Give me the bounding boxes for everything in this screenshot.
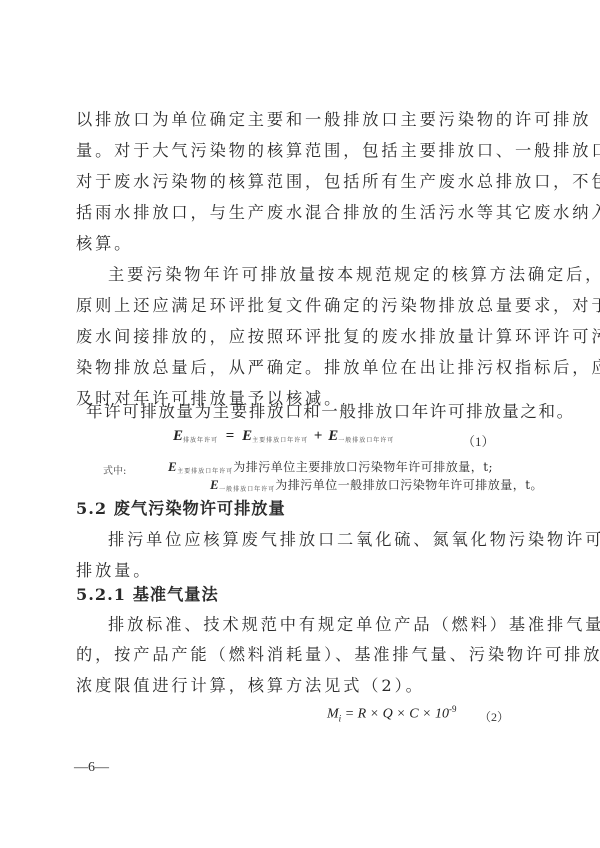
formula-symbol: E	[173, 428, 183, 444]
paragraph-line: 主要污染物年许可排放量按本规范规定的核算方法确定后，	[108, 265, 578, 285]
paragraph-line: 浓度限值进行计算，核算方法见式（2）。	[76, 676, 546, 696]
formula-subscript: i	[339, 713, 342, 723]
formula-subscript: 主要排放口年许可	[177, 468, 233, 475]
paragraph-line: 排放标准、技术规范中有规定单位产品（燃料）基准排气量	[108, 615, 578, 635]
definition-item: E主要排放口年许可为排污单位主要排放口污染物年许可排放量，t;	[168, 458, 493, 475]
paragraph-line: 废水间接排放的，应按照环评批复的废水排放量计算环评许可污	[76, 327, 546, 347]
formula-2: Mi = R × Q × C × 10-9	[327, 704, 456, 723]
paragraph-line: 对于废水污染物的核算范围，包括所有生产废水总排放口，不包	[76, 172, 546, 192]
definition-text: 为排污单位主要排放口污染物年许可排放量，t;	[233, 460, 493, 474]
paragraph-line: 核算。	[76, 234, 546, 254]
formula-symbol: E	[242, 428, 252, 444]
formula-1: E排放年许可 = E主要排放口年许可 + E一般排放口年许可	[173, 428, 394, 445]
paragraph-line: 以排放口为单位确定主要和一般排放口主要污染物的许可排放	[76, 110, 546, 130]
formula-symbol: E	[328, 428, 338, 444]
formula-subscript: 主要排放口年许可	[252, 438, 308, 444]
formula-symbol: M	[327, 707, 339, 722]
definitions-label: 式中:	[103, 462, 126, 477]
paragraph-line: 染物排放总量后，从严确定。排放单位在出让排污权指标后，应	[76, 358, 546, 378]
page-number: —6—	[74, 760, 109, 776]
formula-subscript: 一般排放口年许可	[338, 438, 394, 444]
plus-sign: +	[314, 428, 323, 444]
formula-rhs: = R × Q × C × 10	[345, 707, 449, 722]
definition-text: 为排污单位一般排放口污染物年许可排放量，t。	[275, 478, 543, 492]
equation-number-1: （1）	[462, 431, 495, 450]
section-heading-5-2-1: 5.2.1 基准气量法	[76, 585, 546, 605]
formula-symbol: E	[168, 459, 177, 474]
equation-number-2: （2）	[479, 708, 509, 725]
paragraph-sum-statement: 年许可排放量为主要排放口和一般排放口年许可排放量之和。	[86, 402, 556, 422]
paragraph-line: 括雨水排放口，与生产废水混合排放的生活污水等其它废水纳入	[76, 203, 546, 223]
paragraph-line: 排污单位应核算废气排放口二氧化硫、氮氧化物污染物许可	[108, 530, 578, 550]
paragraph-line: 原则上还应满足环评批复文件确定的污染物排放总量要求，对于	[76, 296, 546, 316]
paragraph-line: 的，按产品产能（燃料消耗量）、基准排气量、污染物许可排放	[76, 645, 546, 665]
equals-sign: =	[226, 428, 235, 444]
section-heading-5-2: 5.2 废气污染物许可排放量	[76, 499, 546, 519]
document-page: 以排放口为单位确定主要和一般排放口主要污染物的许可排放 量。对于大气污染物的核算…	[0, 0, 600, 848]
paragraph-line: 量。对于大气污染物的核算范围，包括主要排放口、一般排放口；	[76, 141, 546, 161]
definition-item: E一般排放口年许可为排污单位一般排放口污染物年许可排放量，t。	[210, 476, 543, 493]
formula-exponent: -9	[449, 704, 457, 714]
formula-subscript: 排放年许可	[183, 438, 218, 444]
formula-symbol: E	[210, 477, 219, 492]
formula-subscript: 一般排放口年许可	[219, 486, 275, 493]
paragraph-line: 排放量。	[76, 561, 546, 581]
